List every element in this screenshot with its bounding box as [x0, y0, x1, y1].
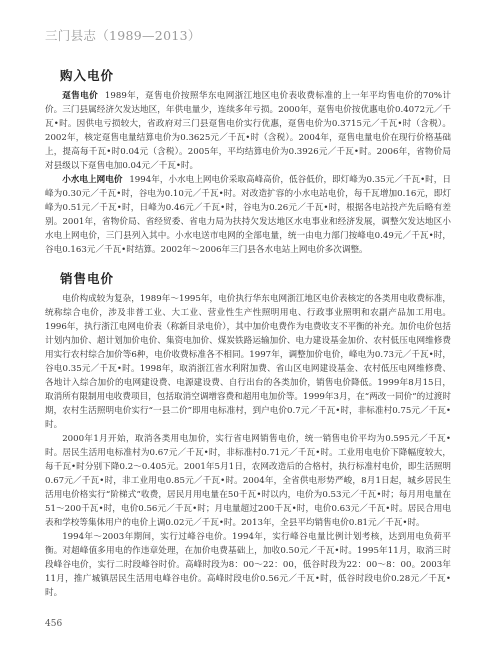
paragraph-small-hydro-price: 小水电上网电价1994年，小水电上网电价采取高峰高价，低谷低价，即灯峰为0.35…: [45, 173, 451, 257]
section-title-sales-price: 销售电价: [60, 269, 451, 287]
section-title-purchase-price: 购入电价: [60, 66, 451, 84]
paragraph-sales-3: 1994年～2003年期间，实行过峰谷电价。1994年，实行峰谷电量比例计划考核…: [45, 530, 451, 600]
term-wholesale-price: 趸售电价: [62, 91, 98, 101]
paragraph-sales-2: 2000年1月开始，取消各类用电加价，实行省电网销售电价，统一销售电价平均为0.…: [45, 432, 451, 530]
paragraph-sales-1: 电价构成较为复杂，1989年～1995年，电价执行华东电网浙江地区电价表核定的各…: [45, 292, 451, 432]
page-content: 购入电价 趸售电价1989年，趸售电价按照华东电网浙江地区电价表收费标准的上一年…: [45, 66, 451, 600]
page-number: 456: [45, 619, 62, 629]
paragraph-text: 1989年，趸售电价按照华东电网浙江地区电价表收费标准的上一年平均售电价的70%…: [45, 91, 451, 171]
paragraph-wholesale-price: 趸售电价1989年，趸售电价按照华东电网浙江地区电价表收费标准的上一年平均售电价…: [45, 89, 451, 173]
term-small-hydro-price: 小水电上网电价: [62, 175, 122, 185]
running-header: 三门县志（1989—2013）: [45, 26, 201, 44]
paragraph-text: 1994年，小水电上网电价采取高峰高价，低谷低价，即灯峰为0.35元／千瓦•时，…: [45, 175, 451, 255]
